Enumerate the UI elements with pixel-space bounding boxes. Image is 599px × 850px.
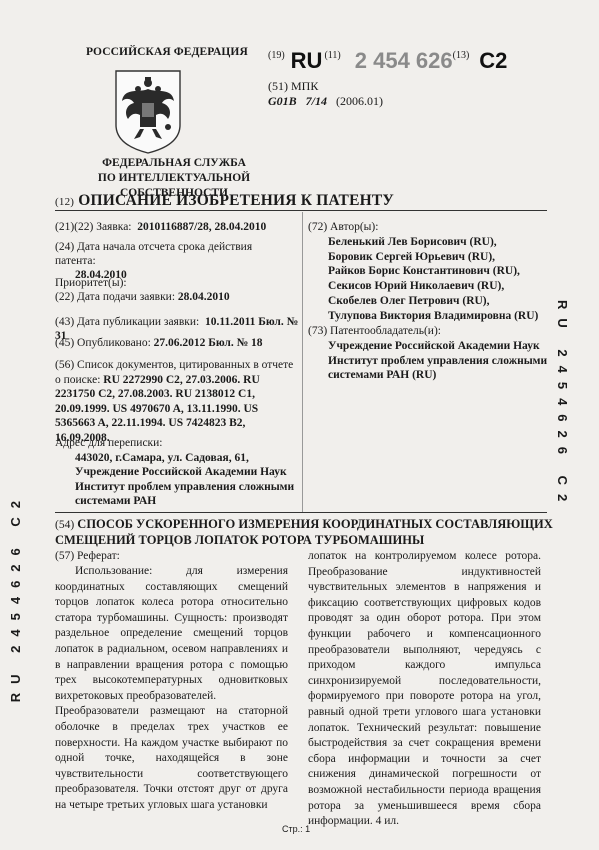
divider bbox=[55, 210, 547, 211]
holder-line: Учреждение Российской Академии Наук bbox=[308, 339, 548, 354]
ipc-version: (2006.01) bbox=[336, 94, 383, 108]
priority: Приоритет(ы): (22) Дата подачи заявки: 2… bbox=[55, 276, 295, 304]
filing-value: 28.04.2010 bbox=[178, 291, 230, 303]
correspondence-address: Адрес для переписки: 443020, г.Самара, у… bbox=[55, 436, 297, 509]
ipc-classification: (51) МПК G01B 7/14 (2006.01) bbox=[268, 79, 383, 109]
abstract-paragraph: лопаток на контролируемом колесе ротора.… bbox=[308, 549, 541, 830]
holder-line: Институт проблем управления сложными bbox=[308, 354, 548, 369]
inid-54: (54) bbox=[55, 519, 74, 531]
abstract-left-column: Использование: для измерения координатны… bbox=[55, 564, 288, 814]
ipc-class: G01B bbox=[268, 94, 297, 108]
application-info: (21)(22) Заявка: 2010116887/28, 28.04.20… bbox=[55, 220, 295, 234]
address-label: Адрес для переписки: bbox=[55, 436, 297, 451]
country-code: RU bbox=[291, 48, 323, 73]
page-number: Стр.: 1 bbox=[282, 824, 310, 834]
author: Секисов Юрий Николаевич (RU), bbox=[308, 279, 548, 294]
citations: (56) Список документов, цитированных в о… bbox=[55, 358, 297, 445]
inid-13: (13) bbox=[453, 50, 470, 61]
margin-patent-number-left: RU 2454626 C2 bbox=[8, 492, 23, 702]
application-label: (21)(22) Заявка: bbox=[55, 221, 132, 233]
publication-number: (19)RU(11)2 454 626(13)C2 bbox=[268, 48, 507, 74]
term-start-label: (24) Дата начала отсчета срока действия … bbox=[55, 240, 295, 268]
inid-12: (12) bbox=[55, 196, 74, 208]
country-name: РОССИЙСКАЯ ФЕДЕРАЦИЯ bbox=[86, 46, 248, 58]
document-title-text: ОПИСАНИЕ ИЗОБРЕТЕНИЯ К ПАТЕНТУ bbox=[78, 192, 394, 209]
published-label: (45) Опубликовано: bbox=[55, 337, 151, 349]
app-pub-label: (43) Дата публикации заявки: bbox=[55, 316, 199, 328]
mpk-label: (51) МПК bbox=[268, 79, 383, 94]
holder-line: системами РАН (RU) bbox=[308, 368, 548, 383]
divider bbox=[55, 512, 547, 513]
authors: (72) Автор(ы): Беленький Лев Борисович (… bbox=[308, 220, 548, 324]
margin-patent-number-right: RU 2454626 C2 bbox=[555, 300, 570, 510]
document-title: (12) ОПИСАНИЕ ИЗОБРЕТЕНИЯ К ПАТЕНТУ bbox=[55, 192, 394, 210]
russian-coat-of-arms-icon bbox=[110, 67, 186, 155]
patent-number: 2 454 626 bbox=[355, 48, 453, 73]
agency-line-1: ФЕДЕРАЛЬНАЯ СЛУЖБА bbox=[54, 156, 294, 171]
address-line: 443020, г.Самара, ул. Садовая, 61, bbox=[55, 451, 297, 466]
author: Беленький Лев Борисович (RU), bbox=[308, 235, 548, 250]
patent-holders: (73) Патентообладатель(и): Учреждение Ро… bbox=[308, 324, 548, 383]
abstract-paragraph: Преобразователи размещают на статорной о… bbox=[55, 704, 288, 813]
author: Райков Борис Константинович (RU), bbox=[308, 264, 548, 279]
address-line: Учреждение Российской Академии Наук bbox=[55, 465, 297, 480]
filing-label: (22) Дата подачи заявки: bbox=[55, 291, 175, 303]
author: Скобелев Олег Петрович (RU), bbox=[308, 294, 548, 309]
inid-19: (19) bbox=[268, 50, 285, 61]
column-divider bbox=[302, 212, 303, 512]
author: Тулупова Виктория Владимировна (RU) bbox=[308, 309, 548, 324]
abstract-label: (57) Реферат: bbox=[55, 550, 120, 562]
invention-title: (54) СПОСОБ УСКОРЕННОГО ИЗМЕРЕНИЯ КООРДИ… bbox=[55, 517, 555, 548]
author: Боровик Сергей Юрьевич (RU), bbox=[308, 250, 548, 265]
published: (45) Опубликовано: 27.06.2012 Бюл. № 18 bbox=[55, 336, 305, 350]
authors-label: (72) Автор(ы): bbox=[308, 220, 548, 235]
address-line: Институт проблем управления сложными bbox=[55, 480, 297, 495]
kind-code: C2 bbox=[479, 48, 507, 73]
holders-label: (73) Патентообладатель(и): bbox=[308, 324, 548, 339]
ipc-group: 7/14 bbox=[306, 94, 327, 108]
abstract-paragraph: Использование: для измерения координатны… bbox=[55, 564, 288, 704]
priority-label: Приоритет(ы): bbox=[55, 276, 295, 290]
application-value: 2010116887/28, 28.04.2010 bbox=[137, 221, 266, 233]
published-value: 27.06.2012 Бюл. № 18 bbox=[154, 337, 263, 349]
address-line: системами РАН bbox=[55, 494, 297, 509]
inid-11: (11) bbox=[324, 50, 340, 61]
abstract-right-column: лопаток на контролируемом колесе ротора.… bbox=[308, 549, 541, 830]
invention-title-text: СПОСОБ УСКОРЕННОГО ИЗМЕРЕНИЯ КООРДИНАТНЫ… bbox=[55, 517, 553, 547]
